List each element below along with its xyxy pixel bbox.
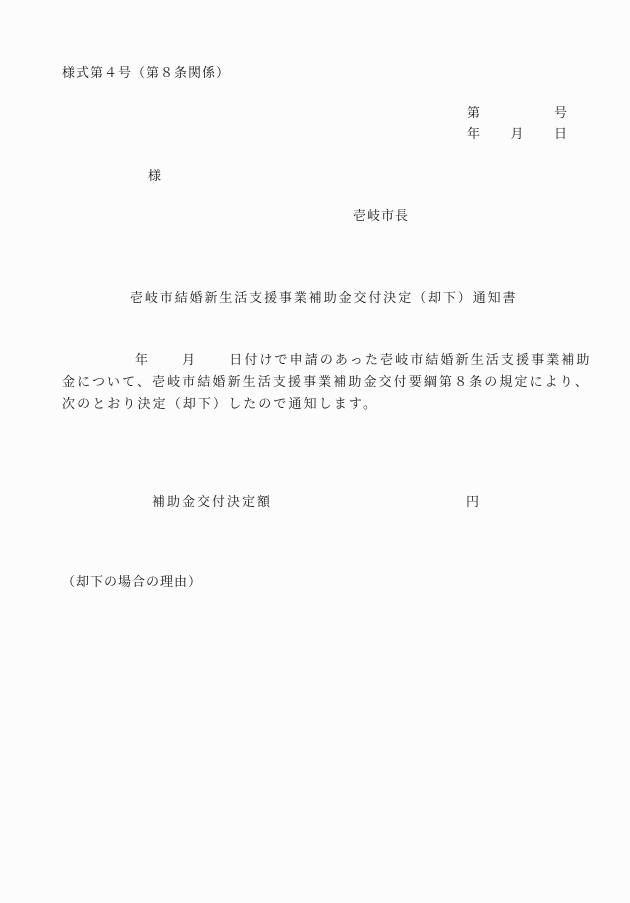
- reference-prefix: 第: [467, 107, 480, 120]
- body-line-3: 次のとおり決定（却下）したので通知します。: [62, 394, 578, 416]
- document-date: 年 月 日: [467, 128, 567, 141]
- date-day: 日: [554, 128, 567, 141]
- body-line-2: 金について、壱岐市結婚新生活支援事業補助金交付要綱第８条の規定により、: [62, 372, 578, 394]
- body-month: 月: [182, 353, 197, 368]
- document-reference-number: 第 号: [467, 107, 567, 120]
- body-year: 年: [135, 353, 150, 368]
- rejection-reason-label: （却下の場合の理由）: [62, 576, 202, 589]
- body-line-1: 年月日付けで申請のあった壱岐市結婚新生活支援事業補助: [62, 350, 578, 372]
- addressee: 様: [148, 170, 161, 183]
- issuer: 壱岐市長: [353, 210, 409, 223]
- date-year: 年: [467, 128, 480, 141]
- document-title: 壱岐市結婚新生活支援事業補助金交付決定（却下）通知書: [130, 292, 517, 305]
- subsidy-amount-unit: 円: [466, 496, 479, 509]
- reference-suffix: 号: [554, 107, 567, 120]
- date-month: 月: [510, 128, 523, 141]
- form-number: 様式第４号（第８条関係）: [62, 67, 230, 80]
- subsidy-amount-label: 補助金交付決定額: [152, 496, 272, 509]
- body-line-1-text: 日付けで申請のあった壱岐市結婚新生活支援事業補助: [229, 353, 591, 368]
- body-paragraph: 年月日付けで申請のあった壱岐市結婚新生活支援事業補助 金について、壱岐市結婚新生…: [62, 350, 578, 416]
